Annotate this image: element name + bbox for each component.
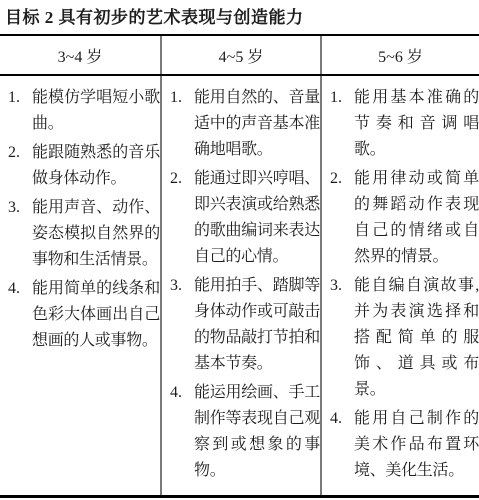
item-text: 能通过即兴哼唱、即兴表演或给熟悉的歌曲编词来表达自己的心情。 <box>194 166 320 270</box>
item-text: 能用律动或简单的舞蹈动作表现自己的情绪或自然界的情景。 <box>354 166 479 270</box>
item-text: 能用声音、动作、姿态模拟自然界的事物和生活情景。 <box>32 195 160 273</box>
list-item: 2. 能通过即兴哼唱、即兴表演或给熟悉的歌曲编词来表达自己的心情。 <box>170 166 320 270</box>
item-number: 4. <box>8 276 32 354</box>
item-number: 2. <box>170 166 194 270</box>
item-number: 3. <box>330 273 354 403</box>
item-text: 能运用绘画、手工制作等表现自己观察到或想象的事物。 <box>194 380 320 484</box>
item-text: 能跟随熟悉的音乐做身体动作。 <box>32 140 160 192</box>
item-number: 3. <box>170 273 194 377</box>
list-item: 2. 能用律动或简单的舞蹈动作表现自己的情绪或自然界的情景。 <box>330 166 479 270</box>
list-item: 3. 能用拍手、踏脚等身体动作或可敲击的物品敲打节拍和基本节奏。 <box>170 273 320 377</box>
column-age-5-6: 1. 能用基本准确的节奏和音调唱歌。 2. 能用律动或简单的舞蹈动作表现自己的情… <box>320 76 479 495</box>
column-header-age-3-4: 3~4 岁 <box>0 36 160 74</box>
list-item: 4. 能用简单的线条和色彩大体画出自己想画的人或事物。 <box>8 276 160 354</box>
item-text: 能用简单的线条和色彩大体画出自己想画的人或事物。 <box>32 276 160 354</box>
list-item: 1. 能用自然的、音量适中的声音基本准确地唱歌。 <box>170 85 320 163</box>
column-header-age-5-6: 5~6 岁 <box>320 36 479 74</box>
list-item: 3. 能用声音、动作、姿态模拟自然界的事物和生活情景。 <box>8 195 160 273</box>
column-age-3-4: 1. 能模仿学唱短小歌曲。 2. 能跟随熟悉的音乐做身体动作。 3. 能用声音、… <box>0 76 160 495</box>
list-item: 1. 能模仿学唱短小歌曲。 <box>8 85 160 137</box>
item-text: 能用基本准确的节奏和音调唱歌。 <box>354 85 479 163</box>
table-body-row: 1. 能模仿学唱短小歌曲。 2. 能跟随熟悉的音乐做身体动作。 3. 能用声音、… <box>0 76 479 495</box>
list-item: 2. 能跟随熟悉的音乐做身体动作。 <box>8 140 160 192</box>
document-page: 目标 2 具有初步的艺术表现与创造能力 3~4 岁 4~5 岁 5~6 岁 1.… <box>0 0 479 500</box>
item-number: 1. <box>8 85 32 137</box>
item-text: 能自编自演故事, 并为表演选择和搭配简单的服饰、道具或布景。 <box>354 273 479 403</box>
item-number: 4. <box>170 380 194 484</box>
item-number: 1. <box>170 85 194 163</box>
item-text: 能模仿学唱短小歌曲。 <box>32 85 160 137</box>
item-number: 4. <box>330 406 354 484</box>
list-item: 4. 能运用绘画、手工制作等表现自己观察到或想象的事物。 <box>170 380 320 484</box>
list-item: 3. 能自编自演故事, 并为表演选择和搭配简单的服饰、道具或布景。 <box>330 273 479 403</box>
page-title: 目标 2 具有初步的艺术表现与创造能力 <box>0 0 479 28</box>
list-item: 1. 能用基本准确的节奏和音调唱歌。 <box>330 85 479 163</box>
column-age-4-5: 1. 能用自然的、音量适中的声音基本准确地唱歌。 2. 能通过即兴哼唱、即兴表演… <box>160 76 320 495</box>
column-header-age-4-5: 4~5 岁 <box>160 36 320 74</box>
list-item: 4. 能用自己制作的美术作品布置环境、美化生活。 <box>330 406 479 484</box>
table-header-row: 3~4 岁 4~5 岁 5~6 岁 <box>0 36 479 76</box>
goals-table: 3~4 岁 4~5 岁 5~6 岁 1. 能模仿学唱短小歌曲。 2. 能跟随熟悉… <box>0 34 479 498</box>
item-number: 2. <box>8 140 32 192</box>
item-text: 能用拍手、踏脚等身体动作或可敲击的物品敲打节拍和基本节奏。 <box>194 273 320 377</box>
item-number: 1. <box>330 85 354 163</box>
item-number: 2. <box>330 166 354 270</box>
item-text: 能用自己制作的美术作品布置环境、美化生活。 <box>354 406 479 484</box>
item-number: 3. <box>8 195 32 273</box>
item-text: 能用自然的、音量适中的声音基本准确地唱歌。 <box>194 85 320 163</box>
